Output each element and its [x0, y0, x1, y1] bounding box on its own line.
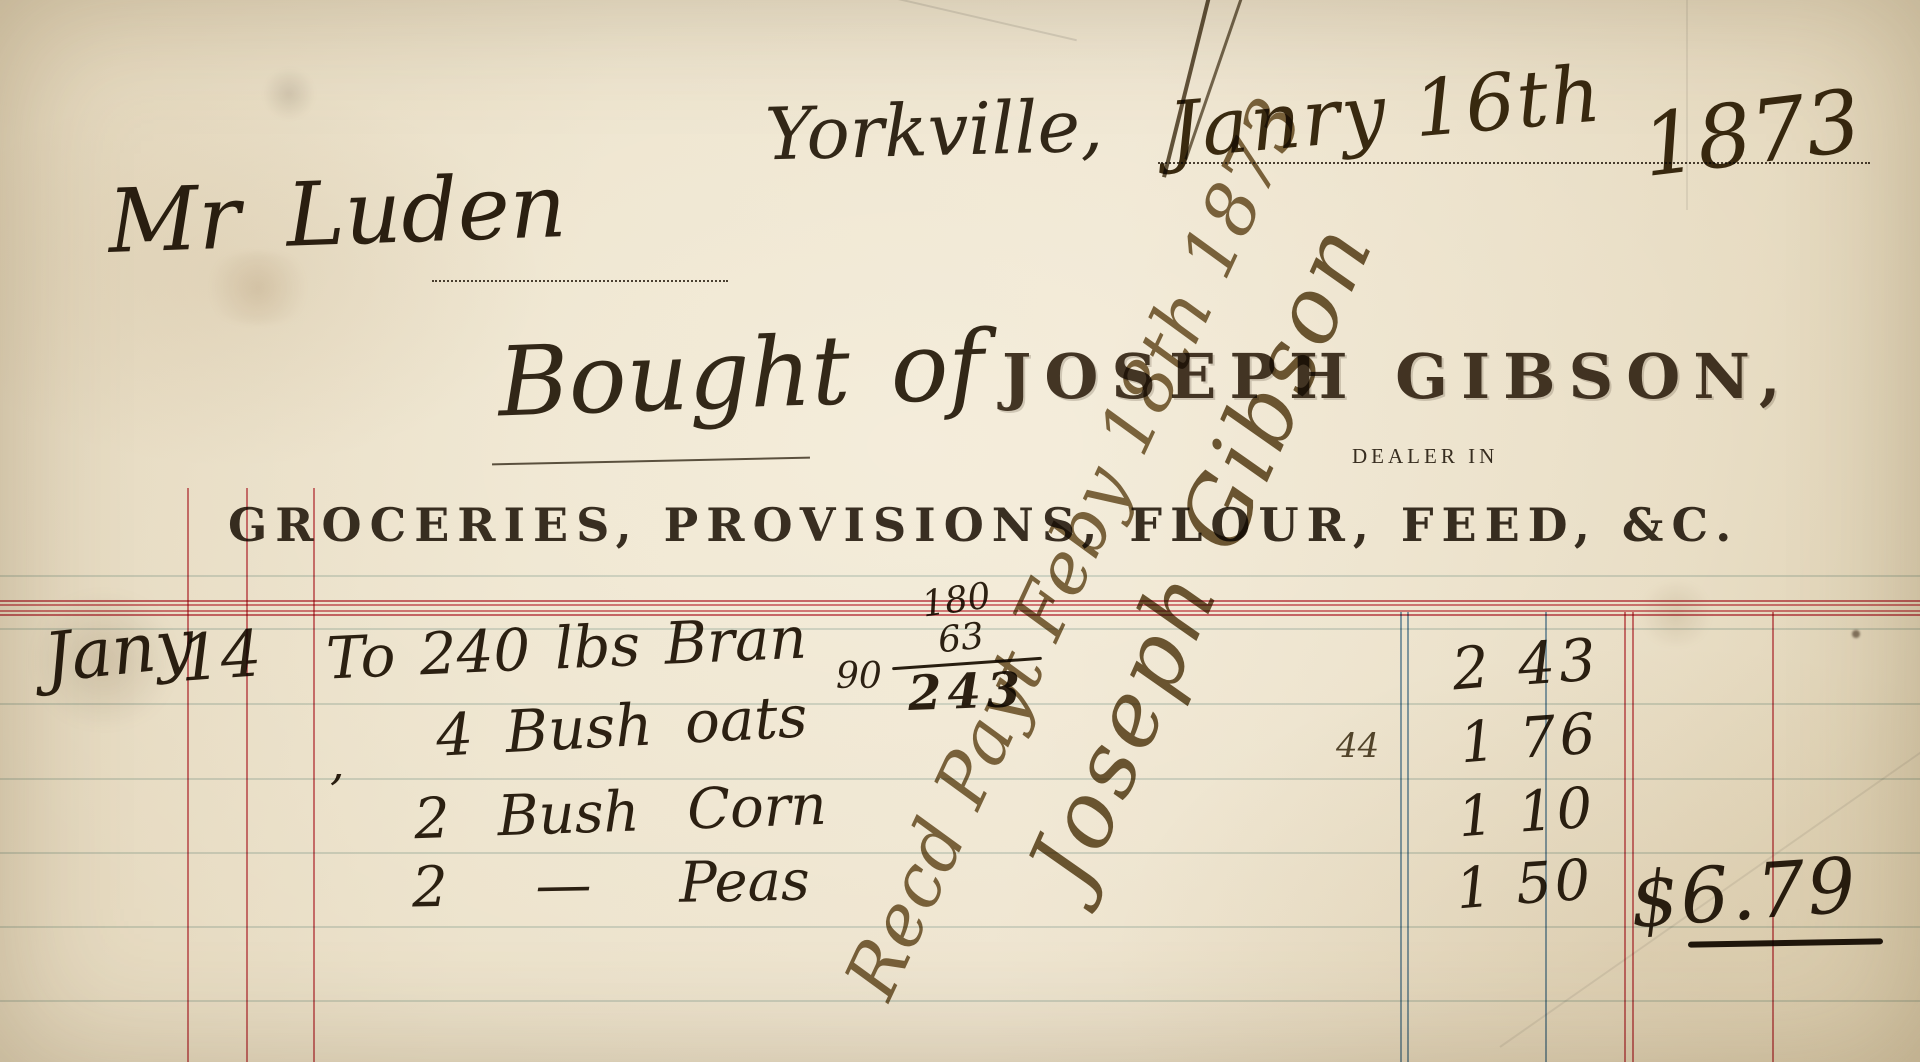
- row-3-dollars: 1: [1455, 783, 1496, 851]
- column-line-red-single: [1772, 612, 1774, 1062]
- row-4-dollars: 1: [1453, 855, 1494, 923]
- row-4-description: 2 — Peas: [411, 849, 810, 921]
- row-4-cents: 50: [1514, 847, 1596, 917]
- stain-smudge-top-left: [262, 68, 316, 120]
- handwritten-year: 1873: [1637, 71, 1866, 197]
- place-name: Yorkville,: [764, 84, 1104, 177]
- row-1-description: To 240 lbs Bran: [325, 604, 808, 693]
- row-1-cents: 43: [1516, 625, 1602, 699]
- crease-top-center: [823, 0, 1077, 41]
- entry-month: Jany: [40, 604, 197, 698]
- ink-speck: [1852, 630, 1860, 638]
- customer-name: Mr Luden: [106, 154, 568, 273]
- calc-sum: 243: [907, 662, 1027, 722]
- dealer-in-label: DEALER IN: [1352, 444, 1498, 469]
- guide-line-1: [0, 575, 1920, 577]
- bought-of-label: Bought of: [496, 310, 985, 439]
- row-2-cents: 76: [1518, 701, 1602, 771]
- column-line-red-pair: [1624, 612, 1634, 1062]
- row-2-ditto: ,: [330, 736, 345, 790]
- row-1-dollars: 2: [1449, 633, 1492, 704]
- row-2-dollars: 1: [1457, 709, 1498, 777]
- entry-day: 14: [178, 617, 264, 697]
- column-line-blue-pair: [1400, 612, 1409, 1062]
- row-2-margin-note: 44: [1336, 726, 1379, 766]
- row-1-rate: 90: [836, 656, 882, 697]
- total-underline: [1688, 938, 1883, 947]
- row-3-cents: 10: [1516, 775, 1598, 845]
- invoice-paper: Yorkville, Bought of JOSEPH GIBSON, DEAL…: [0, 0, 1920, 1062]
- total-amount: $6.79: [1627, 840, 1860, 945]
- customer-dotted-line: [432, 280, 728, 282]
- bought-of-underline: [492, 457, 810, 466]
- row-3-description: 2 Bush Corn: [413, 773, 828, 852]
- guide-line-7: [0, 1000, 1920, 1002]
- row-2-description: 4 Bush oats: [434, 682, 809, 769]
- calc-bottom: 63: [936, 616, 986, 662]
- categories-line: GROCERIES, PROVISIONS, FLOUR, FEED, &C.: [228, 498, 1739, 552]
